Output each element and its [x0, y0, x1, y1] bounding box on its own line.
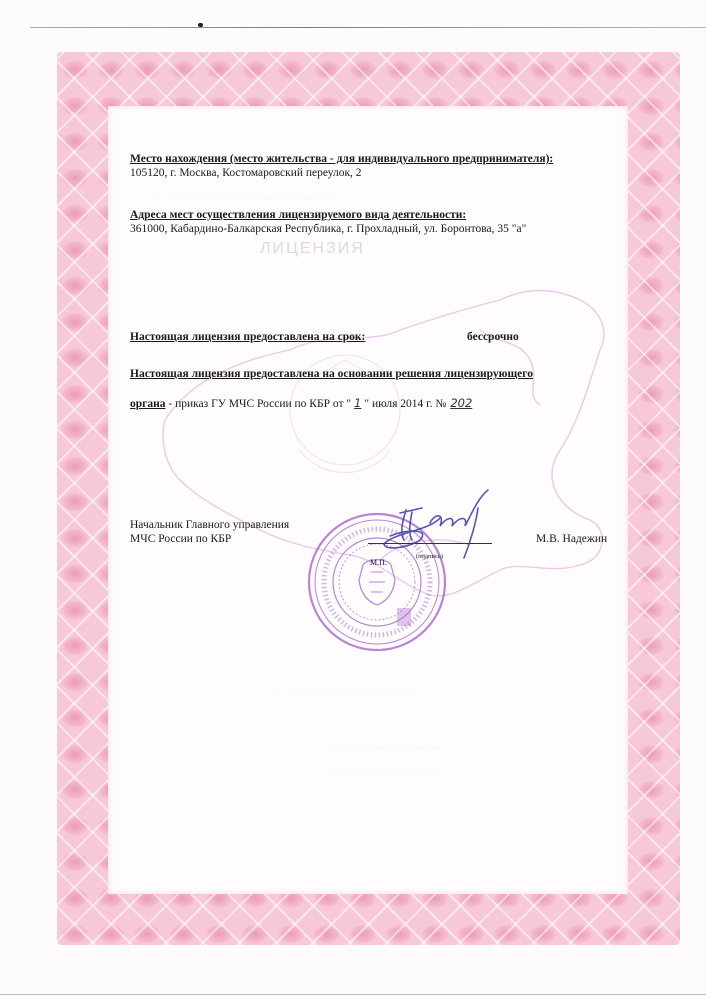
- term-value: бессрочно: [467, 330, 519, 344]
- activity-address-heading: Адреса мест осуществления лицензируемого…: [130, 208, 466, 222]
- basis-heading-word: органа: [130, 398, 166, 410]
- signatory-name: М.В. Надежин: [536, 532, 607, 546]
- term-heading: Настоящая лицензия предоставлена на срок…: [130, 330, 365, 344]
- scan-edge-bottom: [0, 994, 706, 995]
- basis-heading: Настоящая лицензия предоставлена на осно…: [130, 367, 533, 381]
- signature-caption: (подпись): [416, 550, 443, 564]
- basis-number: 202: [446, 396, 472, 410]
- activity-address-value: 361000, Кабардино-Балкарская Республика,…: [130, 222, 526, 236]
- signatory-title-line1: Начальник Главного управления: [130, 518, 289, 532]
- location-value: 105120, г. Москва, Костомаровский переул…: [130, 166, 362, 180]
- basis-day: 1: [351, 396, 364, 410]
- basis-line: органа - приказ ГУ МЧС России по КБР от …: [130, 396, 472, 411]
- stamp-label: М.П.: [370, 556, 387, 570]
- basis-text-mid: " июля 2014 г. №: [364, 398, 446, 410]
- signatory-title-line2: МЧС России по КБР: [130, 532, 231, 546]
- basis-text-prefix: - приказ ГУ МЧС России по КБР от ": [166, 398, 352, 410]
- location-heading: Место нахождения (место жительства - для…: [130, 152, 553, 166]
- document-content: Место нахождения (место жительства - для…: [0, 0, 706, 1000]
